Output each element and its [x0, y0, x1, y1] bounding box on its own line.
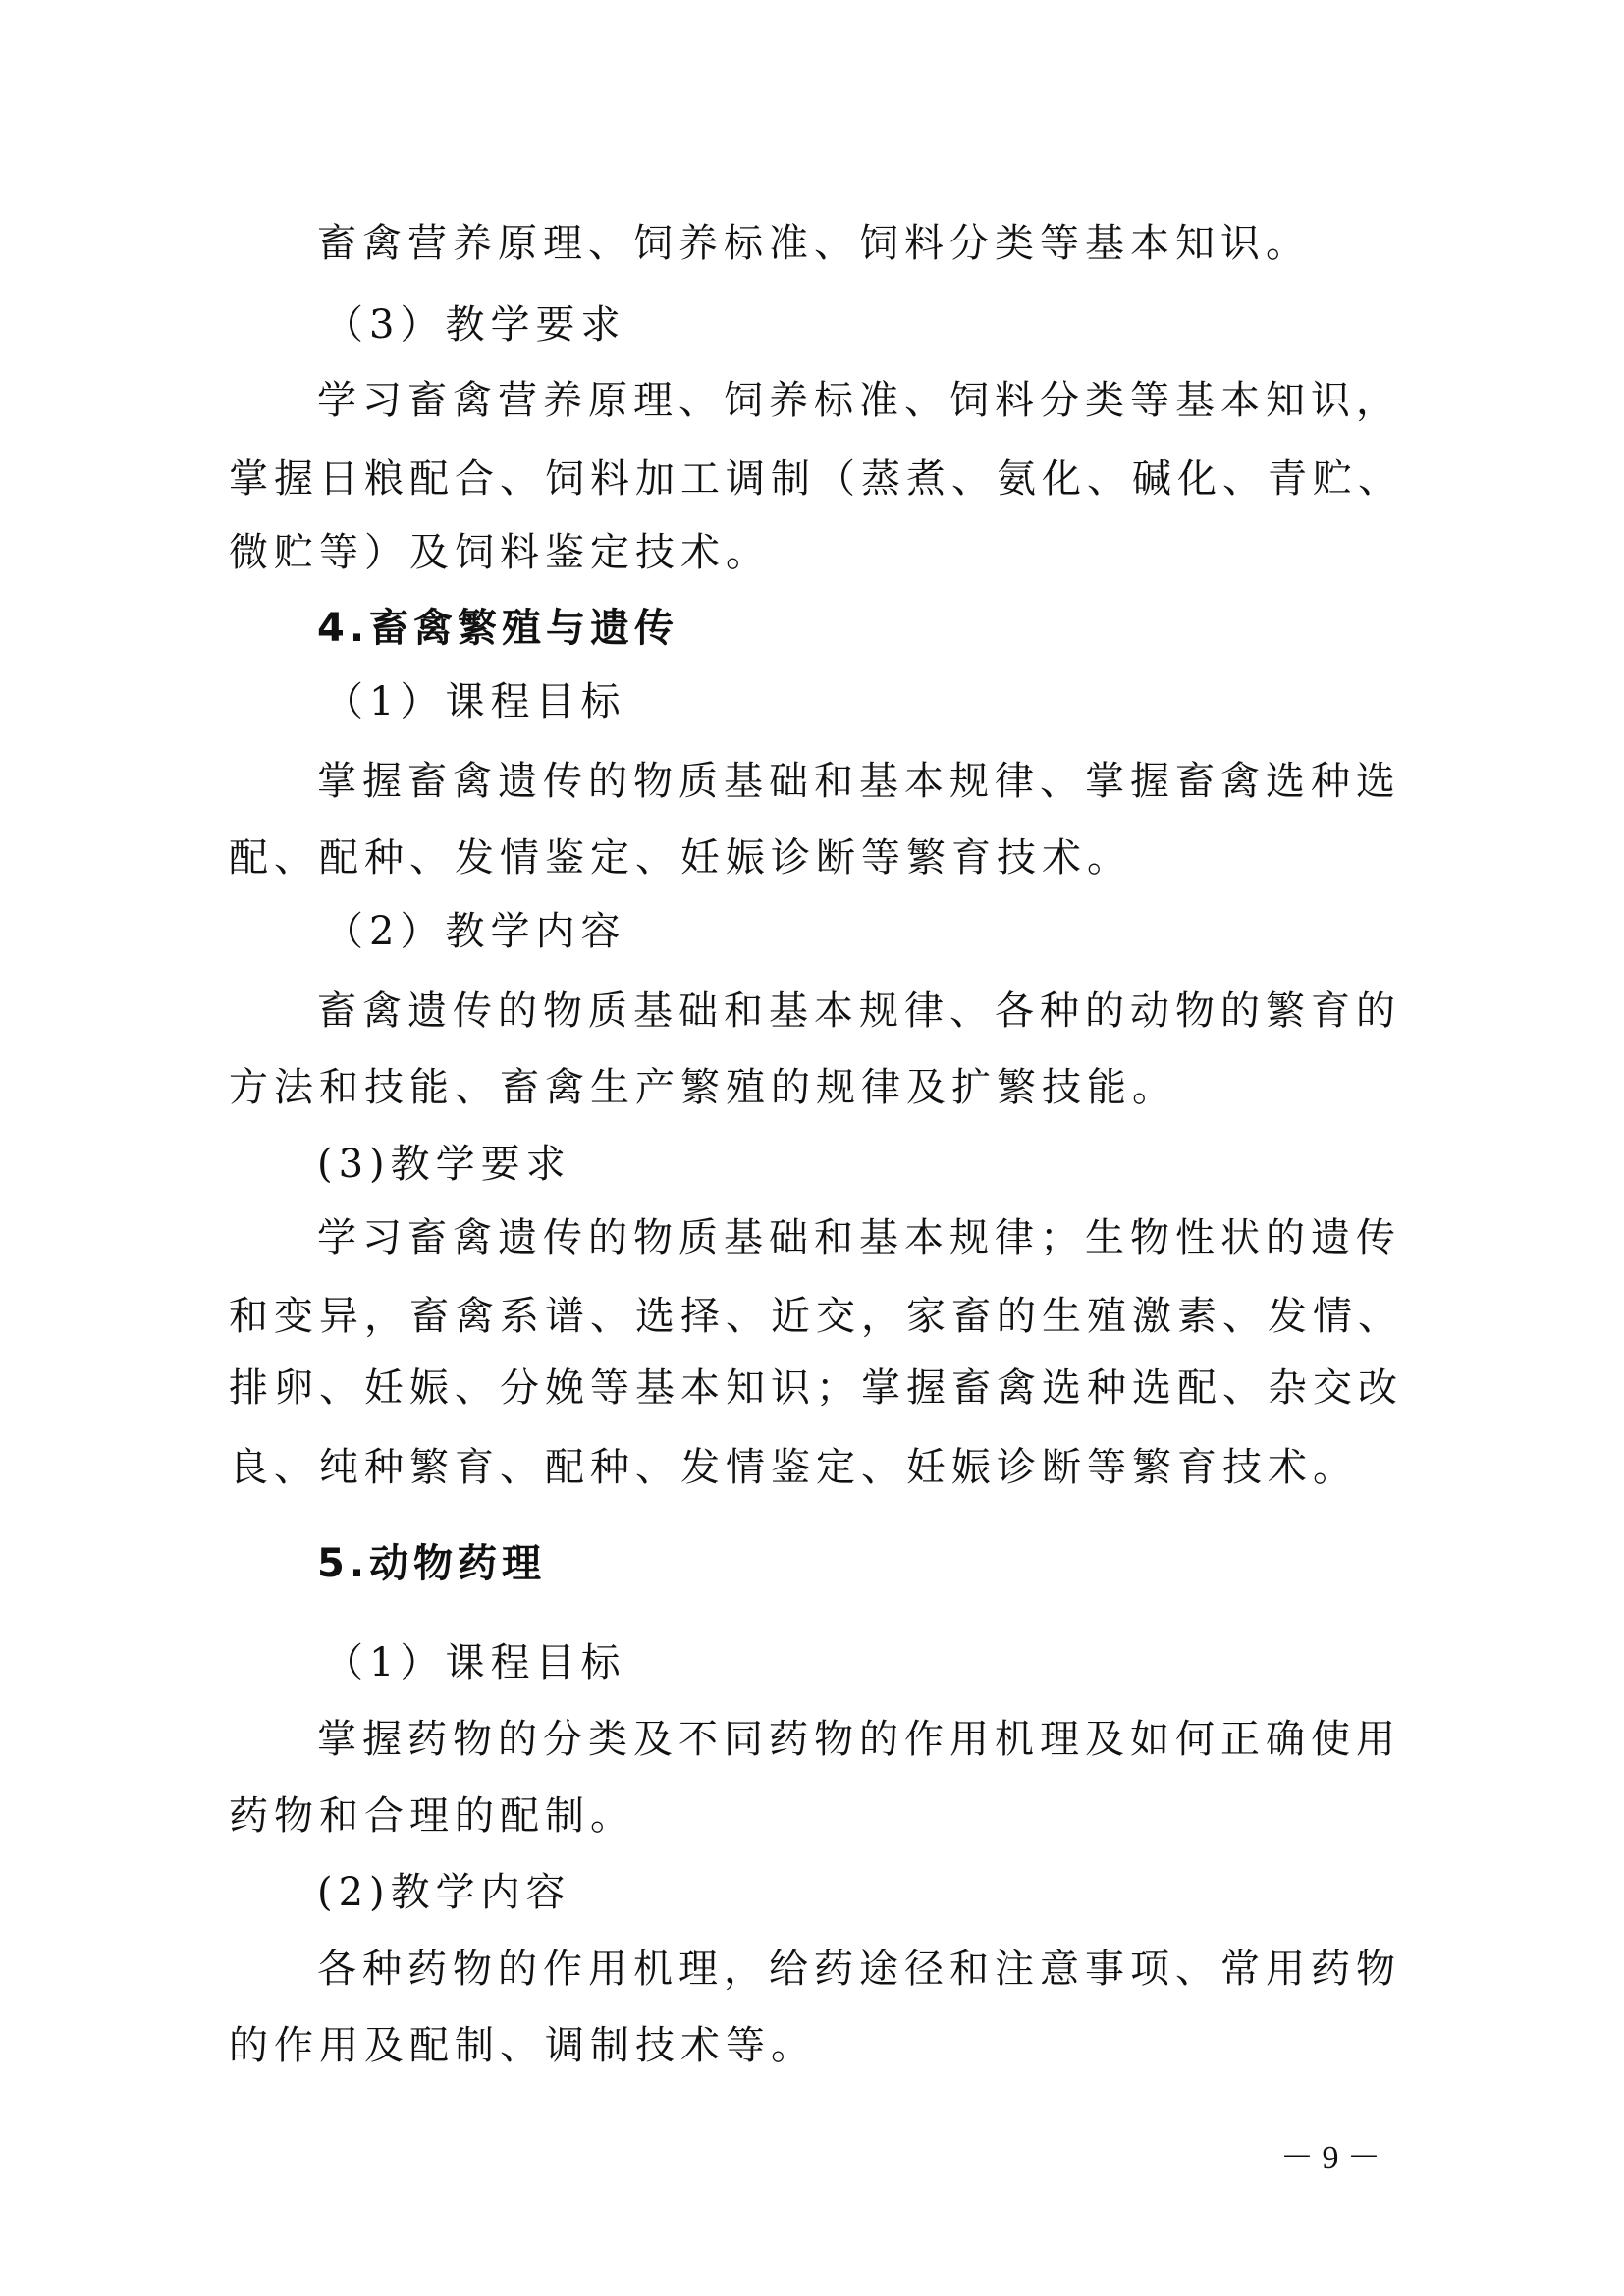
subsection-heading: (2)教学内容	[317, 1868, 571, 1917]
section-heading: 4.畜禽繁殖与遗传	[317, 604, 678, 653]
subsection-heading: (3)教学要求	[317, 1140, 571, 1189]
paragraph-line: 畜禽遗传的物质基础和基本规律、各种的动物的繁育的	[317, 987, 1401, 1036]
paragraph-line: 和变异，畜禽系谱、选择、近交，家畜的生殖激素、发情、	[229, 1292, 1403, 1341]
subsection-heading: （2）教学内容	[324, 907, 625, 956]
paragraph-line: 配、配种、发情鉴定、妊娠诊断等繁育技术。	[229, 833, 1132, 882]
paragraph-line: 各种药物的作用机理，给药途径和注意事项、常用药物	[317, 1945, 1401, 1994]
subsection-heading: （1）课程目标	[324, 677, 625, 726]
page-number: － 9 －	[1276, 2136, 1384, 2181]
paragraph-line: 掌握畜禽遗传的物质基础和基本规律、掌握畜禽选种选	[317, 757, 1401, 806]
paragraph-line: 药物和合理的配制。	[229, 1791, 635, 1841]
paragraph-line: 畜禽营养原理、饲养标准、饲料分类等基本知识。	[317, 219, 1311, 268]
paragraph-line: 方法和技能、畜禽生产繁殖的规律及扩繁技能。	[229, 1063, 1177, 1112]
paragraph-line: 掌握日粮配合、饲料加工调制（蒸煮、氨化、碱化、青贮、	[229, 454, 1403, 504]
document-page: 畜禽营养原理、饲养标准、饲料分类等基本知识。 （3）教学要求 学习畜禽营养原理、…	[0, 0, 1624, 2296]
paragraph-line: 良、纯种繁育、配种、发情鉴定、妊娠诊断等繁育技术。	[229, 1443, 1358, 1492]
paragraph-line: 的作用及配制、调制技术等。	[229, 2021, 816, 2070]
subsection-heading: （3）教学要求	[324, 300, 625, 349]
paragraph-line: 排卵、妊娠、分娩等基本知识；掌握畜禽选种选配、杂交改	[229, 1363, 1403, 1413]
paragraph-line: 学习畜禽营养原理、饲养标准、饲料分类等基本知识，	[317, 376, 1401, 425]
section-heading: 5.动物药理	[317, 1539, 546, 1588]
subsection-heading: （1）课程目标	[324, 1638, 625, 1687]
paragraph-line: 学习畜禽遗传的物质基础和基本规律；生物性状的遗传	[317, 1213, 1401, 1262]
paragraph-line: 掌握药物的分类及不同药物的作用机理及如何正确使用	[317, 1715, 1401, 1764]
paragraph-line: 微贮等）及饲料鉴定技术。	[229, 528, 771, 577]
